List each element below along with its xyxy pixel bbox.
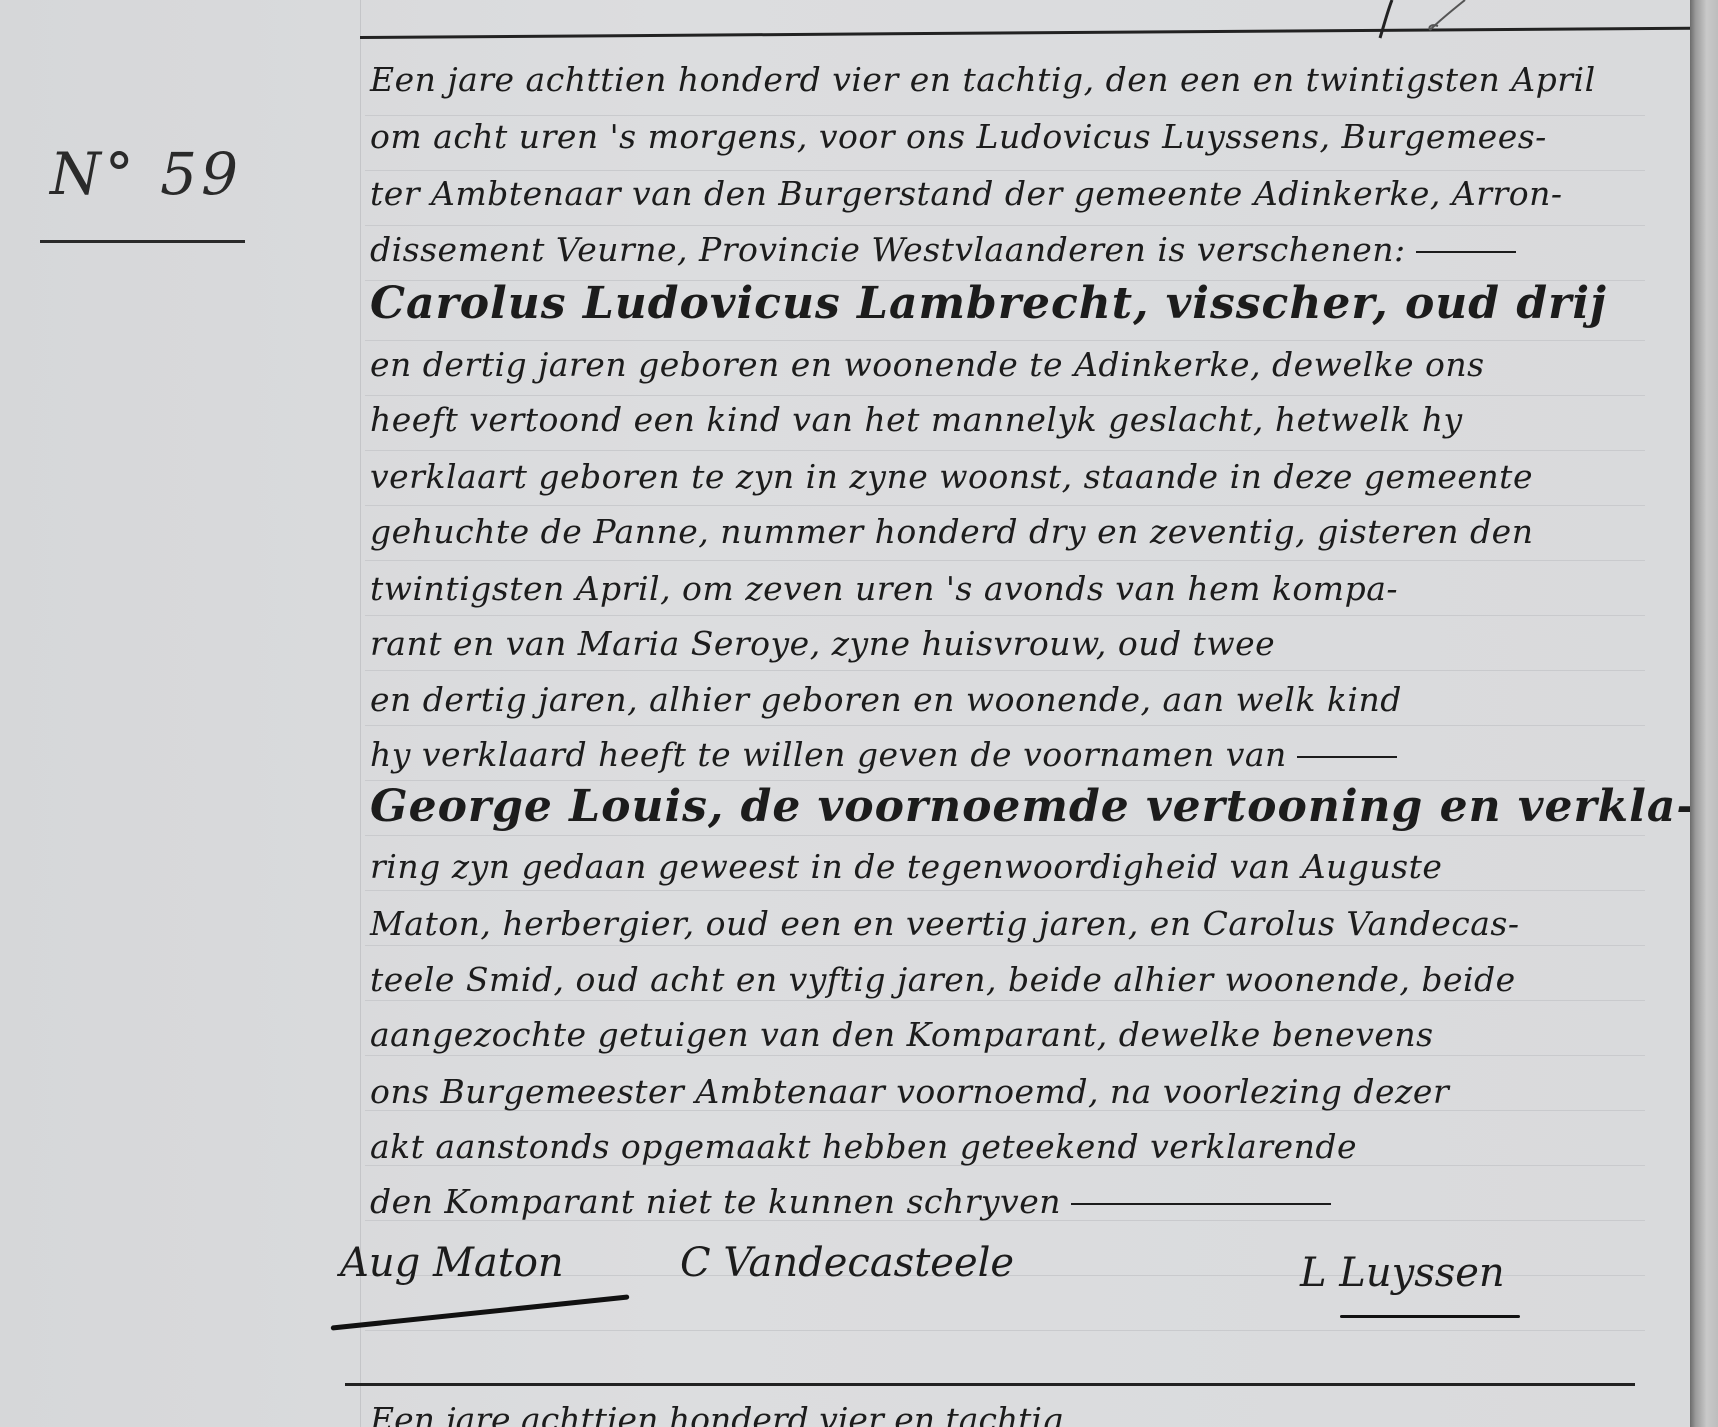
text-line: ter Ambtenaar van den Burgerstand der ge…	[370, 172, 1660, 216]
text-line: twintigsten April, om zeven uren 's avon…	[370, 567, 1660, 611]
ruled-line	[365, 450, 1645, 451]
text-line-content: den Komparant niet te kunnen schryven	[370, 1182, 1061, 1221]
text-line: akt aanstonds opgemaakt hebben geteekend…	[370, 1125, 1660, 1169]
ruled-line	[365, 835, 1645, 836]
text-line: om acht uren 's morgens, voor ons Ludovi…	[370, 115, 1660, 159]
register-page: N° 59 Een jare achttien honderd vier en …	[0, 0, 1690, 1427]
text-line: heeft vertoond een kind van het mannelyk…	[370, 398, 1660, 442]
signature-mayor-luyssen: L Luyssen	[1300, 1250, 1505, 1296]
text-line-father-name: Carolus Ludovicus Lambrecht, visscher, o…	[370, 282, 1660, 326]
entry-number: N° 59	[40, 130, 250, 250]
entry-number-underline	[40, 240, 245, 243]
next-entry-fragment: Een jare achttien honderd vier en tachti…	[370, 1400, 1660, 1427]
signature-witness-vandecasteele: C Vandecasteele	[680, 1240, 1014, 1286]
line-filler-dash	[1416, 251, 1516, 253]
text-line: rant en van Maria Seroye, zyne huisvrouw…	[370, 622, 1660, 666]
text-line-child-name: George Louis, de voornoemde vertooning e…	[370, 785, 1660, 829]
text-line: verklaart geboren te zyn in zyne woonst,…	[370, 455, 1660, 499]
signature-block: Aug Maton C Vandecasteele L Luyssen	[330, 1270, 1630, 1360]
ruled-line	[365, 725, 1645, 726]
ruled-line	[365, 505, 1645, 506]
text-line: ons Burgemeester Ambtenaar voornoemd, na…	[370, 1070, 1660, 1114]
text-line: aangezochte getuigen van den Komparant, …	[370, 1013, 1660, 1057]
ruled-line	[365, 395, 1645, 396]
text-line-content: hy verklaard heeft te willen geven de vo…	[370, 735, 1287, 774]
signature-witness-maton: Aug Maton	[340, 1240, 564, 1286]
text-line: en dertig jaren, alhier geboren en woone…	[370, 678, 1660, 722]
margin-rule	[360, 0, 361, 1427]
text-line: teele Smid, oud acht en vyftig jaren, be…	[370, 958, 1660, 1002]
line-filler-dash	[1297, 756, 1397, 758]
text-line: en dertig jaren geboren en woonende te A…	[370, 343, 1660, 387]
text-line: hy verklaard heeft te willen geven de vo…	[370, 733, 1660, 777]
book-page-edge	[1690, 0, 1718, 1427]
text-line: gehuchte de Panne, nummer honderd dry en…	[370, 510, 1660, 554]
ruled-line	[365, 890, 1645, 891]
text-line: ring zyn gedaan geweest in de tegenwoord…	[370, 845, 1660, 889]
flourish-stroke-icon	[1370, 0, 1490, 40]
ruled-line	[365, 560, 1645, 561]
text-line: dissement Veurne, Provincie Westvlaander…	[370, 228, 1660, 272]
entry-number-label: N° 59	[50, 140, 242, 208]
text-line: den Komparant niet te kunnen schryven	[370, 1180, 1660, 1224]
top-separator-rule	[360, 27, 1710, 39]
ruled-line	[365, 615, 1645, 616]
entry-closing-rule	[345, 1383, 1635, 1386]
signature-flourish	[1340, 1315, 1520, 1318]
text-line: Een jare achttien honderd vier en tachti…	[370, 58, 1660, 102]
text-line: Maton, herbergier, oud een en veertig ja…	[370, 902, 1660, 946]
ruled-line	[365, 670, 1645, 671]
ruled-line	[365, 225, 1645, 226]
line-filler-dash	[1071, 1203, 1331, 1205]
signature-flourish	[331, 1294, 630, 1330]
text-line-content: dissement Veurne, Provincie Westvlaander…	[370, 230, 1406, 269]
ruled-line	[365, 170, 1645, 171]
ruled-line	[365, 340, 1645, 341]
